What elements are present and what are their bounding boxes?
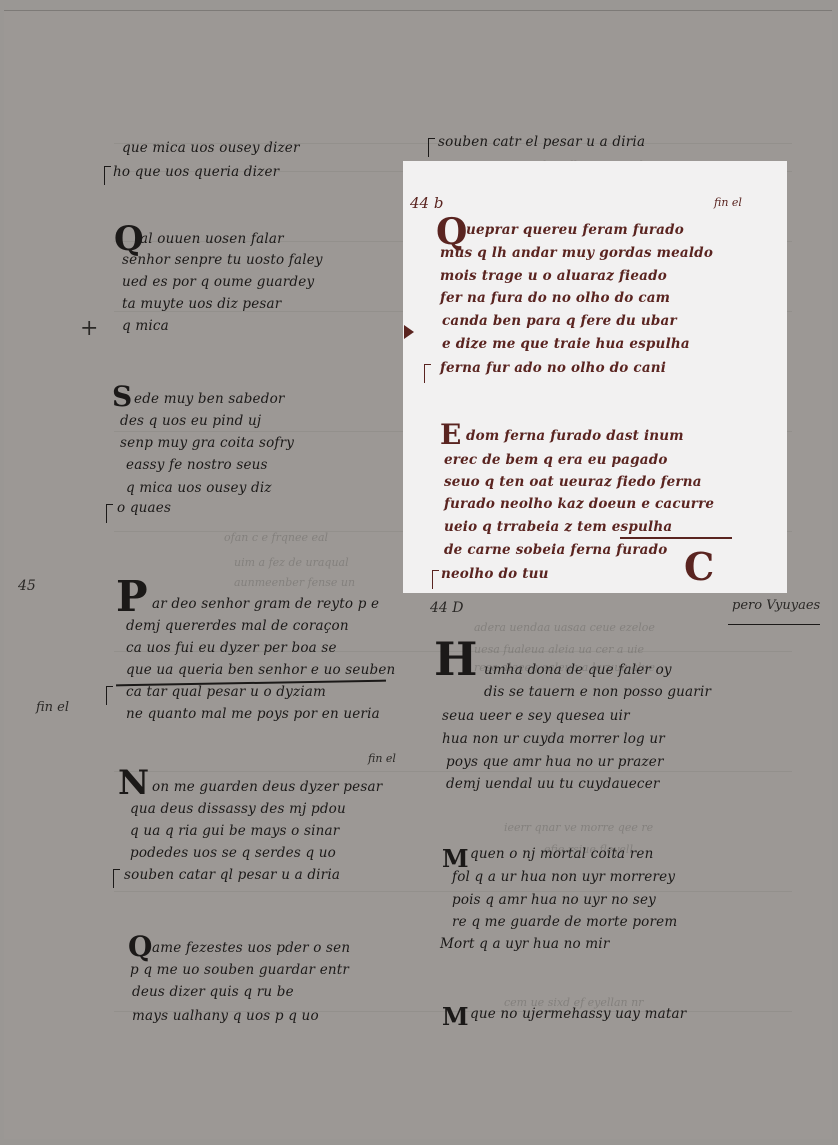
verse-line: mus q lh andar muy gordas mealdo: [440, 245, 713, 261]
verse-line: podedes uos se q serdes q uo: [130, 845, 336, 861]
verse-line: q mica: [122, 318, 169, 334]
margin-note: fin el: [368, 752, 396, 765]
decorated-initial: E: [440, 418, 461, 452]
margin-note: fin el: [36, 700, 69, 715]
decorated-initial: M: [442, 1000, 469, 1034]
decorated-initial: H: [434, 636, 477, 682]
verse-line: hua non ur cuyda morrer log ur: [442, 731, 665, 747]
verse-line: ho que uos queria dizer: [113, 164, 279, 180]
verse-line: dom ferna furado dast inum: [466, 428, 684, 444]
verse-line: eassy fe nostro seus: [126, 457, 268, 473]
verse-line: q mica uos ousey diz: [126, 480, 272, 496]
verse-line: des q uos eu pind uj: [120, 413, 261, 429]
author-attribution: pero Vyuyaes: [732, 598, 820, 613]
verse-line: ame fezestes uos pder o sen: [152, 940, 350, 956]
verse-line: q ua q ria gui be mays o sinar: [130, 823, 339, 839]
verse-line: dis se tauern e non posso guarir: [484, 684, 711, 700]
verse-line: ta muyte uos diz pesar: [122, 296, 281, 312]
decorated-initial-fragment: C: [684, 544, 714, 589]
verse-line: que no ujermehassy uay matar: [470, 1006, 686, 1022]
verse-line: al ouuen uosen falar: [140, 231, 284, 247]
poem-number: 44 b: [410, 194, 443, 212]
paragraph-bracket: [104, 166, 111, 185]
underline-rule: [620, 537, 732, 539]
verse-line: on me guarden deus dyzer pesar: [152, 779, 382, 795]
verse-line: senhor senpre tu uosto faley: [122, 252, 323, 268]
verse-line: ueprar quereu feram furado: [466, 222, 684, 238]
verse-line: ne quanto mal me poys por en ueria: [126, 706, 380, 722]
verse-line: o quaes: [117, 500, 171, 516]
verse-line: mois trage u o aluaraz fieado: [440, 268, 667, 284]
verse-line: que mica uos ousey dizer: [122, 140, 300, 156]
poem-number: 44 D: [430, 600, 464, 616]
verse-line: ferna fur ado no olho do cani: [440, 360, 666, 376]
decorated-initial: P: [116, 576, 148, 618]
verse-line: neolho do tuu: [441, 566, 549, 582]
verse-line: mays ualhany q uos p q uo: [132, 1008, 319, 1024]
verse-line: seuo q ten oat ueuraz fiedo ferna: [444, 474, 702, 490]
verse-line: demj quererdes mal de coraçon: [126, 618, 349, 634]
verse-line: seua ueer e sey quesea uir: [442, 708, 630, 724]
verse-line: ar deo senhor gram de reyto p e: [152, 596, 379, 612]
paragraph-bracket: [424, 364, 431, 383]
verse-line: umha dona de que faler oy: [484, 662, 672, 678]
verse-line: senp muy gra coita sofry: [120, 435, 294, 451]
cross-mark: +: [80, 316, 98, 341]
verse-line: demj uendal uu tu cuydauecer: [446, 776, 660, 792]
verse-line: fer na fura do no olho do cam: [440, 290, 670, 306]
verse-line: Mort q a uyr hua no mir: [440, 936, 609, 952]
margin-note: fin el: [714, 196, 742, 209]
paragraph-bracket: [106, 504, 113, 523]
verse-line: ede muy ben sabedor: [134, 391, 285, 407]
paragraph-bracket: [432, 570, 439, 589]
verse-line: ca uos fui eu dyzer per boa se: [126, 640, 337, 656]
verse-line: canda ben para q fere du ubar: [442, 313, 677, 329]
verse-line: souben catr el pesar u a diria: [438, 134, 645, 150]
verse-line: e dize me que traie hua espulha: [442, 336, 690, 352]
pointer-mark: [404, 325, 414, 339]
verse-line: qua deus dissassy des mj pdou: [130, 801, 346, 817]
verse-line: pois q amr hua no uyr no sey: [452, 892, 656, 908]
verse-line: souben catar ql pesar u a diria: [124, 867, 340, 883]
paragraph-bracket: [428, 138, 435, 157]
decorated-initial: N: [118, 766, 149, 800]
verse-line: ca tar qual pesar u o dyziam: [126, 684, 326, 700]
verse-line: deus dizer quis q ru be: [132, 984, 294, 1000]
verse-line: poys que amr hua no ur prazer: [446, 754, 664, 770]
paragraph-bracket: [106, 686, 113, 705]
verse-line: ued es por q oume guardey: [122, 274, 314, 290]
verse-line: fol q a ur hua non uyr morrerey: [452, 869, 675, 885]
verse-line: furado neolho kaz doeun e cacurre: [444, 496, 714, 512]
decorated-initial: S: [112, 380, 132, 414]
verse-line: ueio q trrabeia z tem espulha: [444, 519, 672, 535]
verse-line: p q me uo souben guardar entr: [130, 962, 349, 978]
verse-line: de carne sobeia ferna furado: [444, 542, 667, 558]
underline-rule: [728, 624, 820, 625]
decorated-initial: Q: [128, 930, 152, 964]
verse-line: quen o nj mortal coita ren: [470, 846, 653, 862]
verse-line: erec de bem q era eu pagado: [444, 452, 668, 468]
paragraph-bracket: [113, 869, 120, 888]
verse-line: re q me guarde de morte porem: [452, 914, 677, 930]
poem-number: 45: [18, 578, 36, 594]
verse-line: que ua queria ben senhor e uo seuben: [126, 662, 395, 678]
